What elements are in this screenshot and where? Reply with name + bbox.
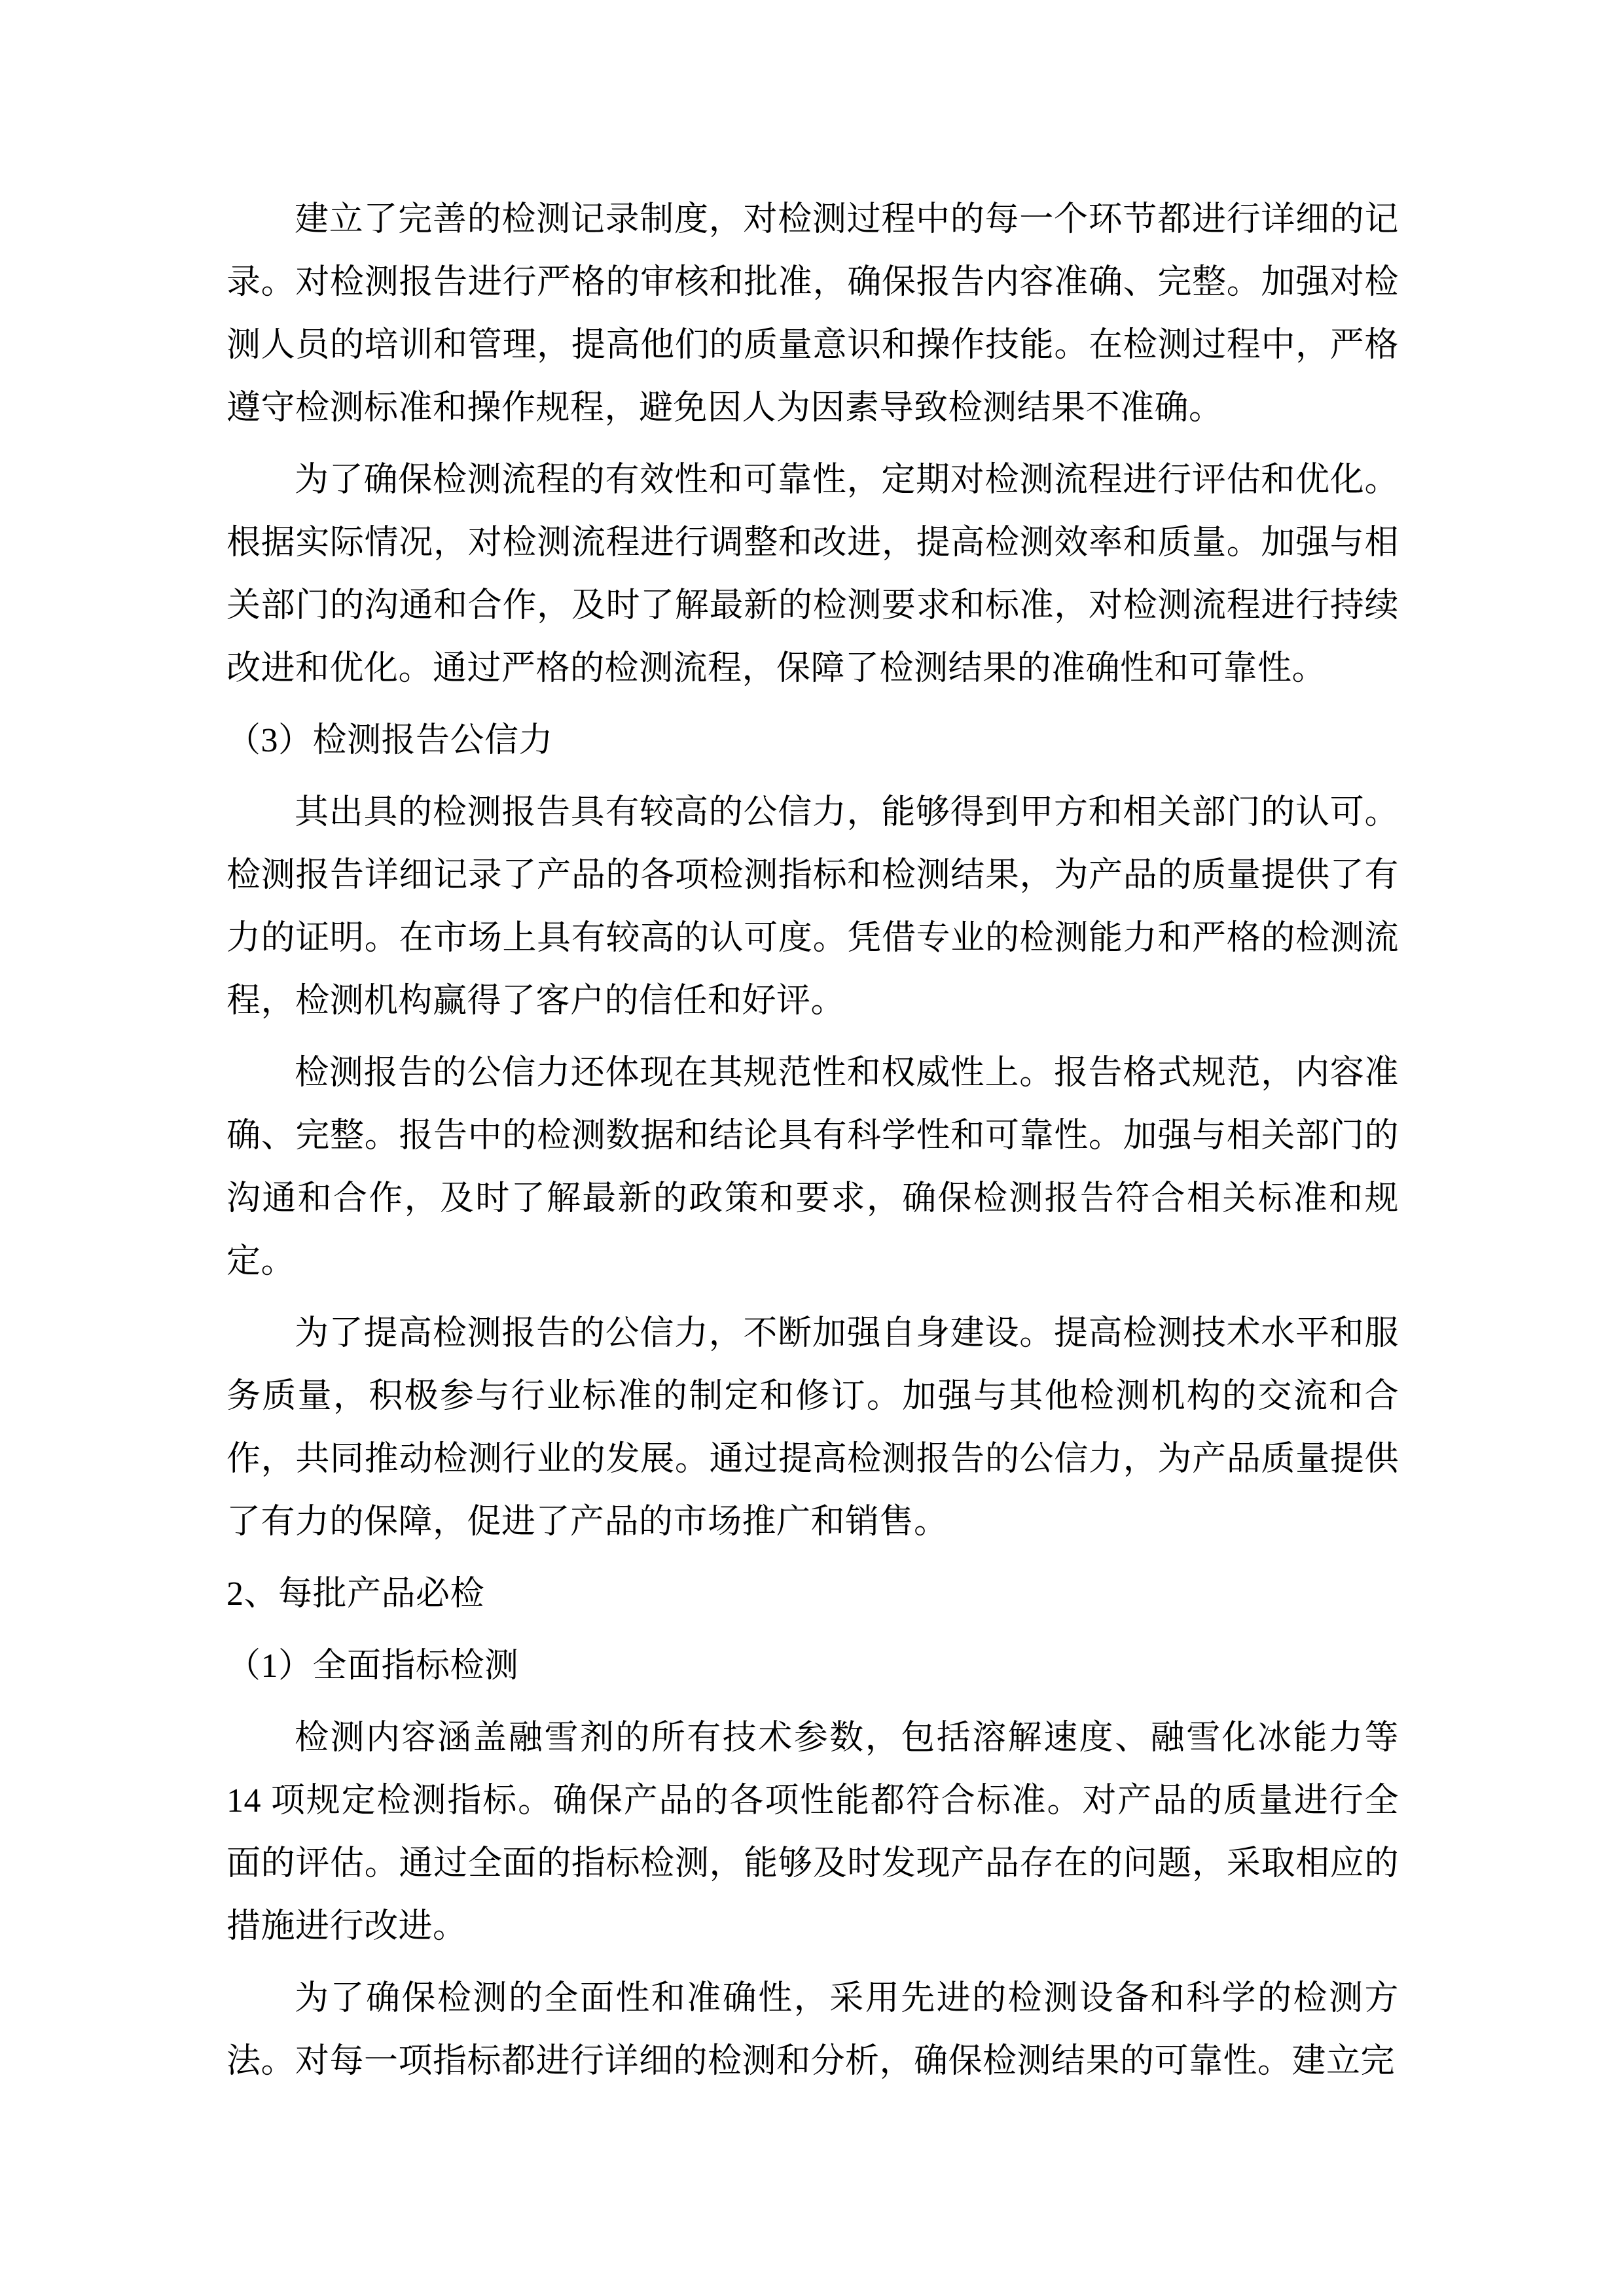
document-page: 建立了完善的检测记录制度，对检测过程中的每一个环节都进行详细的记录。对检测报告进… bbox=[0, 0, 1624, 2296]
heading-report-credibility: （3）检测报告公信力 bbox=[226, 709, 1399, 772]
paragraph-testing-records: 建立了完善的检测记录制度，对检测过程中的每一个环节都进行详细的记录。对检测报告进… bbox=[226, 188, 1399, 440]
paragraph-testing-coverage: 检测内容涵盖融雪剂的所有技术参数，包括溶解速度、融雪化冰能力等 14 项规定检测… bbox=[226, 1707, 1399, 1958]
paragraph-credibility-improvement: 为了提高检测报告的公信力，不断加强自身建设。提高检测技术水平和服务质量，积极参与… bbox=[226, 1302, 1399, 1554]
heading-full-index-testing: （1）全面指标检测 bbox=[226, 1635, 1399, 1698]
paragraph-testing-methods: 为了确保检测的全面性和准确性，采用先进的检测设备和科学的检测方法。对每一项指标都… bbox=[226, 1967, 1399, 2093]
paragraph-process-optimization: 为了确保检测流程的有效性和可靠性，定期对检测流程进行评估和优化。根据实际情况，对… bbox=[226, 449, 1399, 700]
paragraph-report-recognition: 其出具的检测报告具有较高的公信力，能够得到甲方和相关部门的认可。检测报告详细记录… bbox=[226, 781, 1399, 1033]
paragraph-report-standards: 检测报告的公信力还体现在其规范性和权威性上。报告格式规范，内容准确、完整。报告中… bbox=[226, 1042, 1399, 1293]
heading-batch-inspection: 2、每批产品必检 bbox=[226, 1563, 1399, 1626]
